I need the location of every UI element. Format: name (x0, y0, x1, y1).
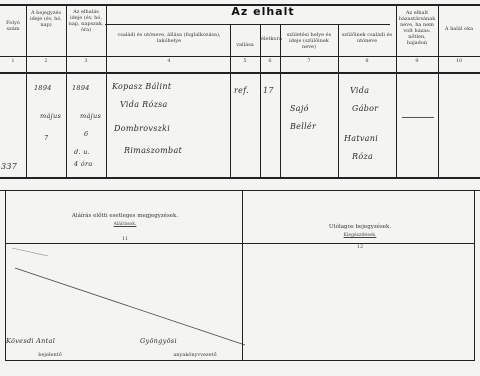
cancellation-line (0, 0, 480, 376)
declarant-signature: Kövesdi Antal (6, 337, 55, 345)
register-page: Az elhalt Folyó szám A bejegyzés ideje (… (0, 0, 480, 376)
registrar-signature: Gyöngyösi (140, 337, 177, 345)
declarant-label: bejelentő (30, 352, 70, 358)
registrar-label: anyakönyvvezető (160, 352, 230, 358)
